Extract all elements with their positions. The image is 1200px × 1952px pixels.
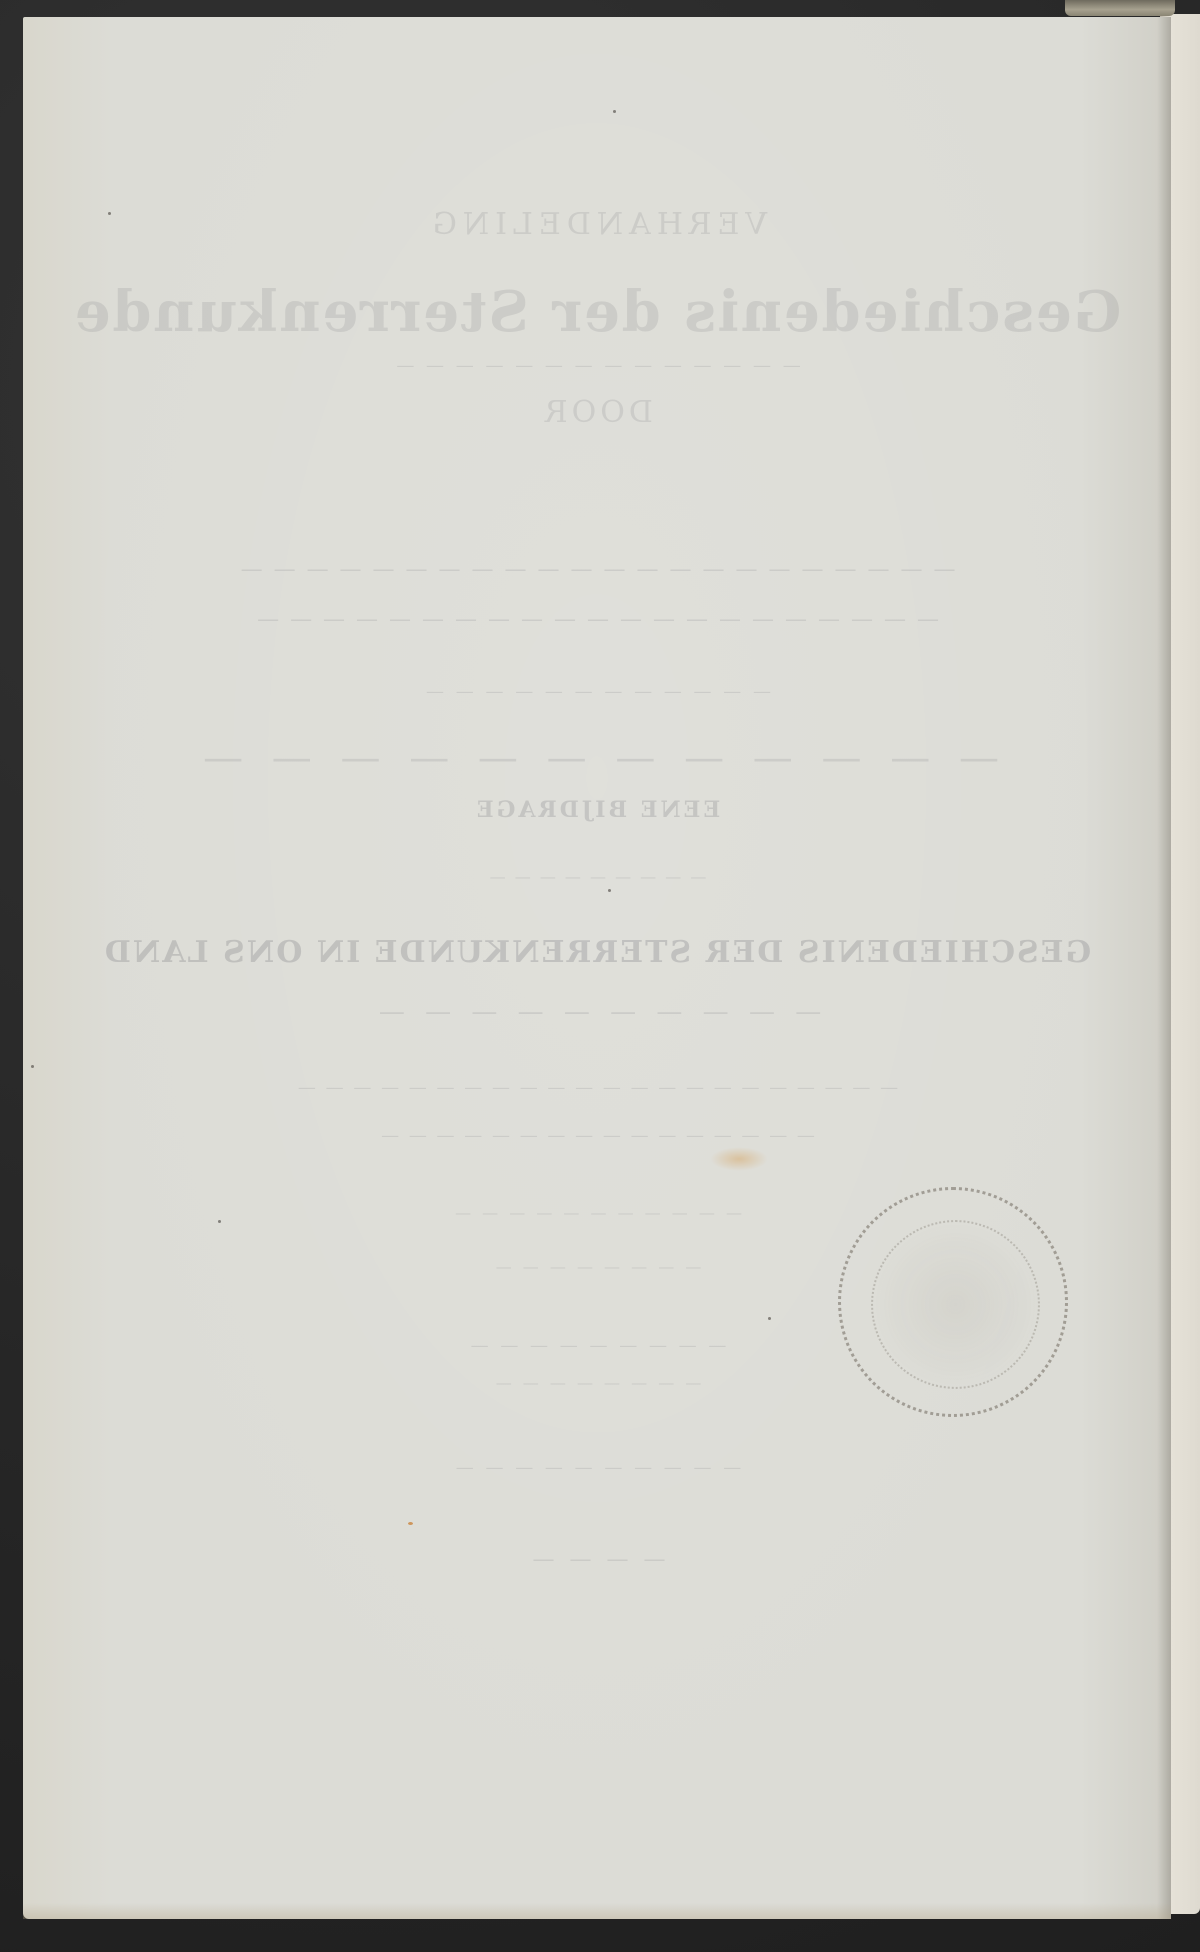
bleed-line: VERHANDELING (23, 207, 1171, 242)
bleed-line: — — — — — — — — — — — — (23, 735, 1171, 781)
book-page: VERHANDELING Geschiedenis der Sterrenkun… (23, 17, 1171, 1919)
speck (218, 1220, 221, 1223)
speck (31, 1065, 34, 1068)
bleed-line: — — — — — — — — — — — — — — — — — — — — … (23, 607, 1171, 632)
foxing-stain (710, 1147, 768, 1171)
bleed-line: — — — — — — — — — — — — — — (23, 355, 1171, 376)
bleed-line: — — — — — — — — — (23, 867, 1171, 886)
bleed-line: — — — — — — — — — — (23, 997, 1171, 1027)
bleed-line: — — — — — — — — — — — — — — — — — — — — … (23, 1077, 1171, 1098)
page-bottom-edge (23, 1903, 1171, 1919)
bleed-line: DOOR (23, 395, 1171, 430)
library-stamp (838, 1187, 1068, 1417)
binding-clip (1065, 0, 1175, 16)
library-stamp-inner (871, 1220, 1040, 1389)
speck (408, 1522, 413, 1525)
gutter-shadow (1157, 17, 1171, 1919)
bleed-line: — — — — — — — — — — — — — — — — — — — — … (23, 557, 1171, 582)
bleed-line: — — — — — — — — — — — — — — — — (23, 1125, 1171, 1146)
bleed-title: Geschiedenis der Sterrenkunde (23, 279, 1171, 345)
bleed-subtitle: EENE BIJDRAGE (23, 797, 1171, 823)
bleed-line: — — — — — — — — — — — — (23, 681, 1171, 702)
speck (608, 889, 611, 892)
bleed-heading: GESCHIEDENIS DER STERRENKUNDE IN ONS LAN… (23, 935, 1171, 970)
bleed-line: — — — — (23, 1547, 1171, 1572)
bleed-line: — — — — — — — — — — (23, 1457, 1171, 1478)
speck (768, 1317, 771, 1320)
speck (108, 212, 111, 215)
speck (613, 110, 616, 113)
